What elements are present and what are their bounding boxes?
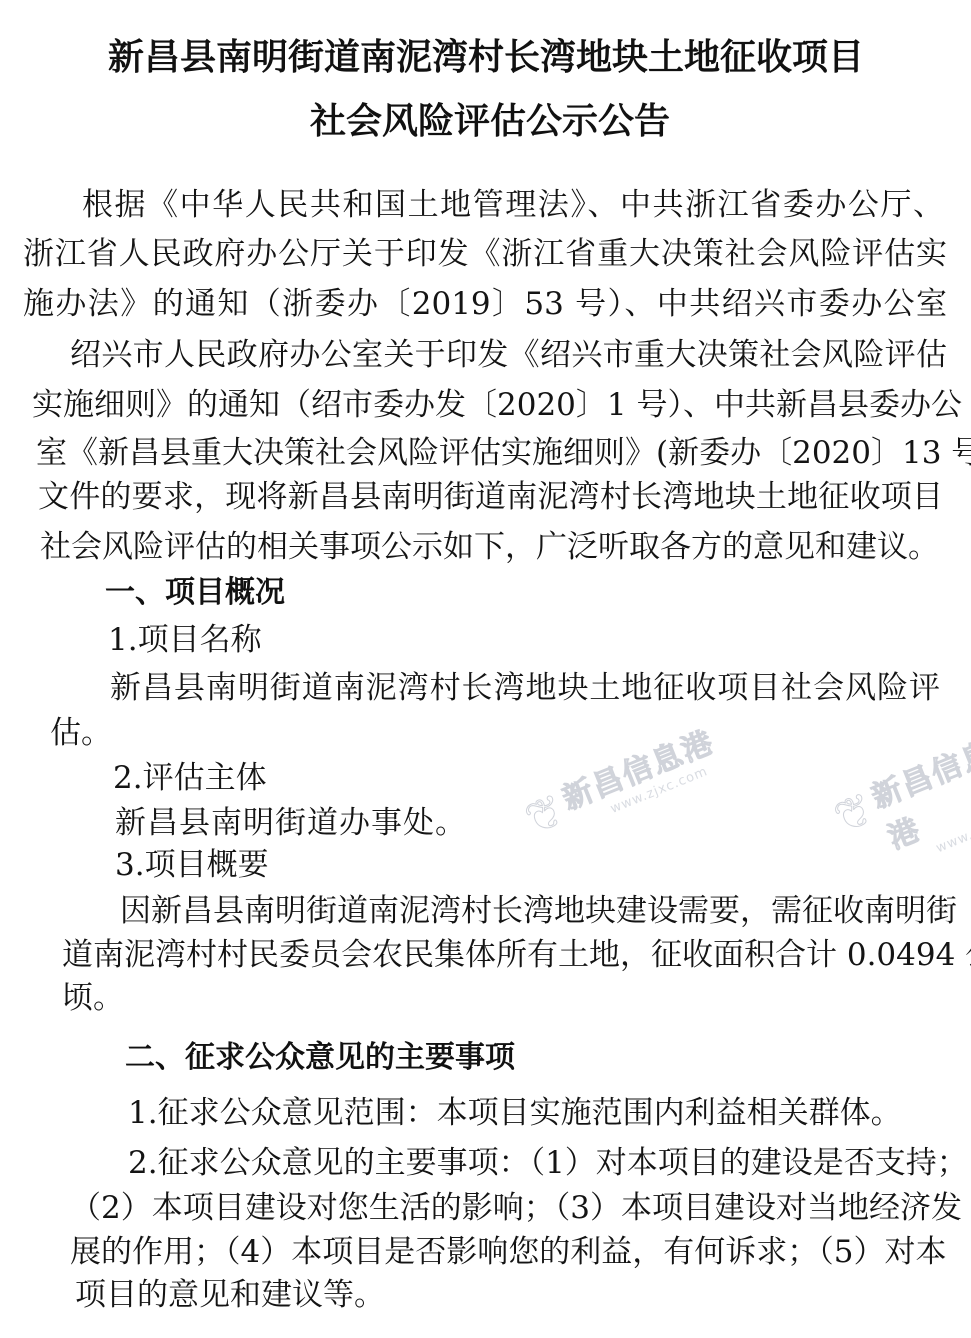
section-2-heading: 二、征求公众意见的主要事项: [125, 1038, 515, 1078]
intro-line: 浙江省人民政府办公厅关于印发《浙江省重大决策社会风险评估实: [23, 234, 947, 274]
item-1-text: 估。: [50, 713, 112, 753]
item-3-text: 道南泥湾村村民委员会农民集体所有土地，征收面积合计 0.0494 公: [62, 935, 935, 975]
item-1-text: 新昌县南明街道南泥湾村长湾地块土地征收项目社会风险评: [110, 668, 940, 708]
section-2-line: 展的作用；（4）本项目是否影响您的利益，有何诉求；（5）对本: [70, 1232, 938, 1272]
document-title-line-1: 新昌县南明街道南泥湾村长湾地块土地征收项目: [108, 36, 863, 80]
section-2-line: 项目的意见和建议等。: [75, 1275, 385, 1315]
item-2-text: 新昌县南明街道办事处。: [115, 803, 467, 843]
item-3-text: 因新昌县南明街道南泥湾村长湾地块建设需要，需征收南明街: [120, 891, 935, 931]
watermark: ❦ 新昌信息港 www.zjxc.com: [864, 722, 971, 871]
item-2-label: 2.评估主体: [113, 758, 267, 798]
intro-line: 室《新昌县重大决策社会风险评估实施细则》(新委办〔2020〕13 号): [36, 433, 946, 473]
intro-line: 施办法》的通知（浙委办〔2019〕53 号）、中共绍兴市委办公室: [23, 284, 947, 324]
intro-line: 文件的要求，现将新昌县南明街道南泥湾村长湾地块土地征收项目: [38, 477, 943, 517]
section-2-line: 2.征求公众意见的主要事项：（1）对本项目的建设是否支持；: [128, 1143, 938, 1183]
document-title-line-2: 社会风险评估公示公告: [310, 100, 665, 144]
item-3-label: 3.项目概要: [115, 845, 269, 885]
item-1-label: 1.项目名称: [108, 620, 262, 660]
section-2-line: （2）本项目建设对您生活的影响；（3）本项目建设对当地经济发: [70, 1188, 938, 1228]
watermark: ❦ 新昌信息港 www.zjxc.com: [555, 717, 725, 832]
watermark-logo-icon: ❦: [827, 783, 880, 844]
intro-line: 社会风险评估的相关事项公示如下，广泛听取各方的意见和建议。: [40, 527, 920, 567]
item-3-text: 顷。: [62, 978, 124, 1018]
section-2-line: 1.征求公众意见范围：本项目实施范围内利益相关群体。: [128, 1093, 902, 1133]
intro-line: 实施细则》的通知（绍市委办发〔2020〕1 号）、中共新昌县委办公: [32, 385, 947, 425]
section-1-heading: 一、项目概况: [105, 573, 285, 613]
watermark-logo-icon: ❦: [518, 785, 571, 846]
intro-line: 根据《中华人民共和国土地管理法》、中共浙江省委办公厅、: [82, 185, 944, 225]
intro-line: 绍兴市人民政府办公室关于印发《绍兴市重大决策社会风险评估: [70, 335, 947, 375]
